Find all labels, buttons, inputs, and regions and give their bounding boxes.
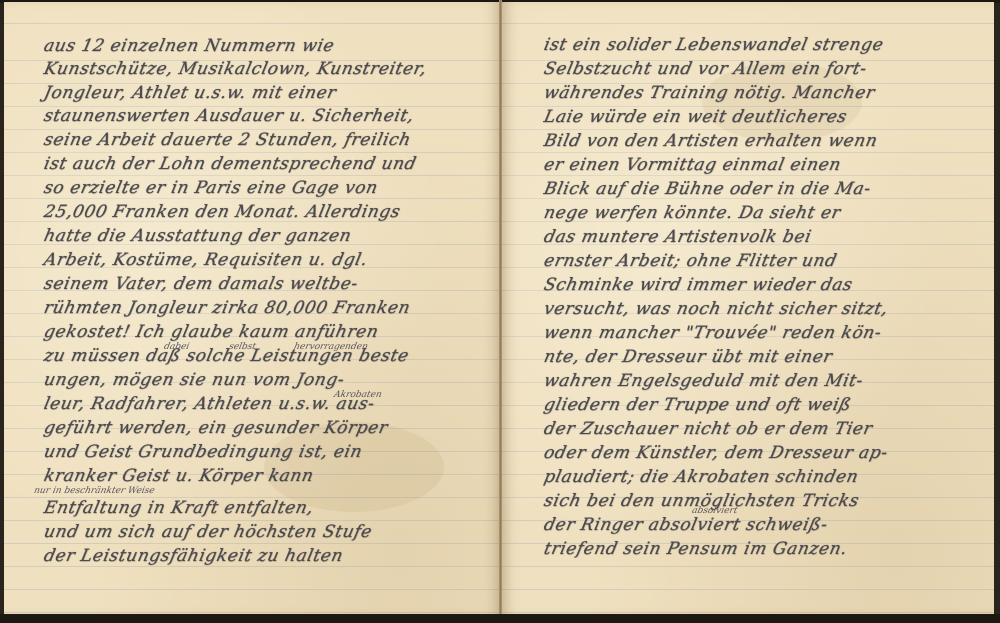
handwritten-line: und um sich auf der höchsten Stufe (42, 522, 374, 542)
handwritten-line: Schminke wird immer wieder das (542, 275, 855, 295)
left-page: aus 12 einzelnen Nummern wie Kunstschütz… (4, 2, 500, 614)
handwritten-line: so erzielte er in Paris eine Gage von (42, 178, 380, 198)
handwritten-line: wenn mancher "Trouvée" reden kön- (542, 323, 883, 343)
insertion-note: dabei (163, 342, 190, 352)
handwritten-line: gliedern der Truppe und oft weiß (542, 395, 853, 415)
handwritten-line: Blick auf die Bühne oder in die Ma- (542, 179, 873, 199)
insertion-note: absolviert (691, 506, 738, 516)
handwritten-line: der Leistungsfähigkeit zu halten (42, 546, 345, 566)
handwritten-line: rühmten Jongleur zirka 80,000 Franken (42, 298, 412, 318)
handwritten-line: leur, Radfahrer, Athleten u.s.w. aus- (42, 394, 377, 414)
handwritten-line: seinem Vater, dem damals weltbe- (42, 274, 360, 294)
handwritten-line: kranker Geist u. Körper kann (42, 466, 316, 486)
handwritten-line: 25,000 Franken den Monat. Allerdings (42, 202, 402, 222)
handwritten-line: versucht, was noch nicht sicher sitzt, (542, 299, 890, 319)
handwritten-line: seine Arbeit dauerte 2 Stunden, freilich (42, 130, 413, 150)
handwritten-line: staunenswerten Ausdauer u. Sicherheit, (42, 106, 416, 126)
handwritten-line: Kunstschütze, Musikalclown, Kunstreiter, (42, 59, 429, 79)
bottom-binding-edge (0, 614, 1000, 623)
handwritten-line: Entfaltung in Kraft entfalten, (42, 498, 316, 518)
handwritten-line: ist ein solider Lebenswandel strenge (542, 35, 885, 55)
handwritten-line: der Ringer absolviert schweiß- (542, 515, 830, 535)
handwritten-line: Bild von den Artisten erhalten wenn (542, 131, 880, 151)
insertion-note: hervorragenden (293, 342, 369, 352)
handwritten-line: hatte die Ausstattung der ganzen (42, 226, 353, 246)
insertion-note: Akrobaten (333, 390, 383, 400)
handwritten-line: ist auch der Lohn dementsprechend und (42, 154, 418, 174)
handwritten-line: plaudiert; die Akrobaten schinden (542, 467, 860, 487)
handwritten-line: ernster Arbeit; ohne Flitter und (542, 251, 839, 271)
handwritten-line: wahren Engelsgeduld mit den Mit- (542, 371, 865, 391)
handwritten-line: er einen Vormittag einmal einen (542, 155, 843, 175)
handwritten-line: und Geist Grundbedingung ist, ein (42, 442, 364, 462)
handwritten-line: währendes Training nötig. Mancher (542, 83, 877, 103)
handwritten-line: aus 12 einzelnen Nummern wie (42, 36, 336, 56)
handwritten-line: das muntere Artistenvolk bei (542, 227, 813, 247)
notebook-spread: aus 12 einzelnen Nummern wie Kunstschütz… (0, 0, 1000, 623)
handwritten-line: ungen, mögen sie nun vom Jong- (42, 370, 346, 390)
insertion-note: nur in beschränkter Weise (33, 486, 156, 496)
handwritten-line: nege werfen könnte. Da sieht er (542, 203, 843, 223)
handwritten-line: geführt werden, ein gesunder Körper (42, 418, 390, 438)
handwritten-line: triefend sein Pensum im Ganzen. (542, 539, 849, 559)
right-page: ist ein solider Lebenswandel strenge Sel… (502, 2, 994, 614)
handwritten-line: der Zuschauer nicht ob er dem Tier (542, 419, 874, 439)
handwritten-line: gekostet! Ich glaube kaum anführen (42, 322, 380, 342)
handwritten-line: nte, der Dresseur übt mit einer (542, 347, 834, 367)
handwritten-line: Selbstzucht und vor Allem ein fort- (542, 59, 869, 79)
handwritten-line: oder dem Künstler, dem Dresseur ap- (542, 443, 890, 463)
handwritten-line: Arbeit, Kostüme, Requisiten u. dgl. (42, 250, 370, 270)
insertion-note: selbst (228, 342, 257, 352)
handwritten-line: Jongleur, Athlet u.s.w. mit einer (42, 83, 338, 103)
handwritten-line: Laie würde ein weit deutlicheres (542, 107, 849, 127)
